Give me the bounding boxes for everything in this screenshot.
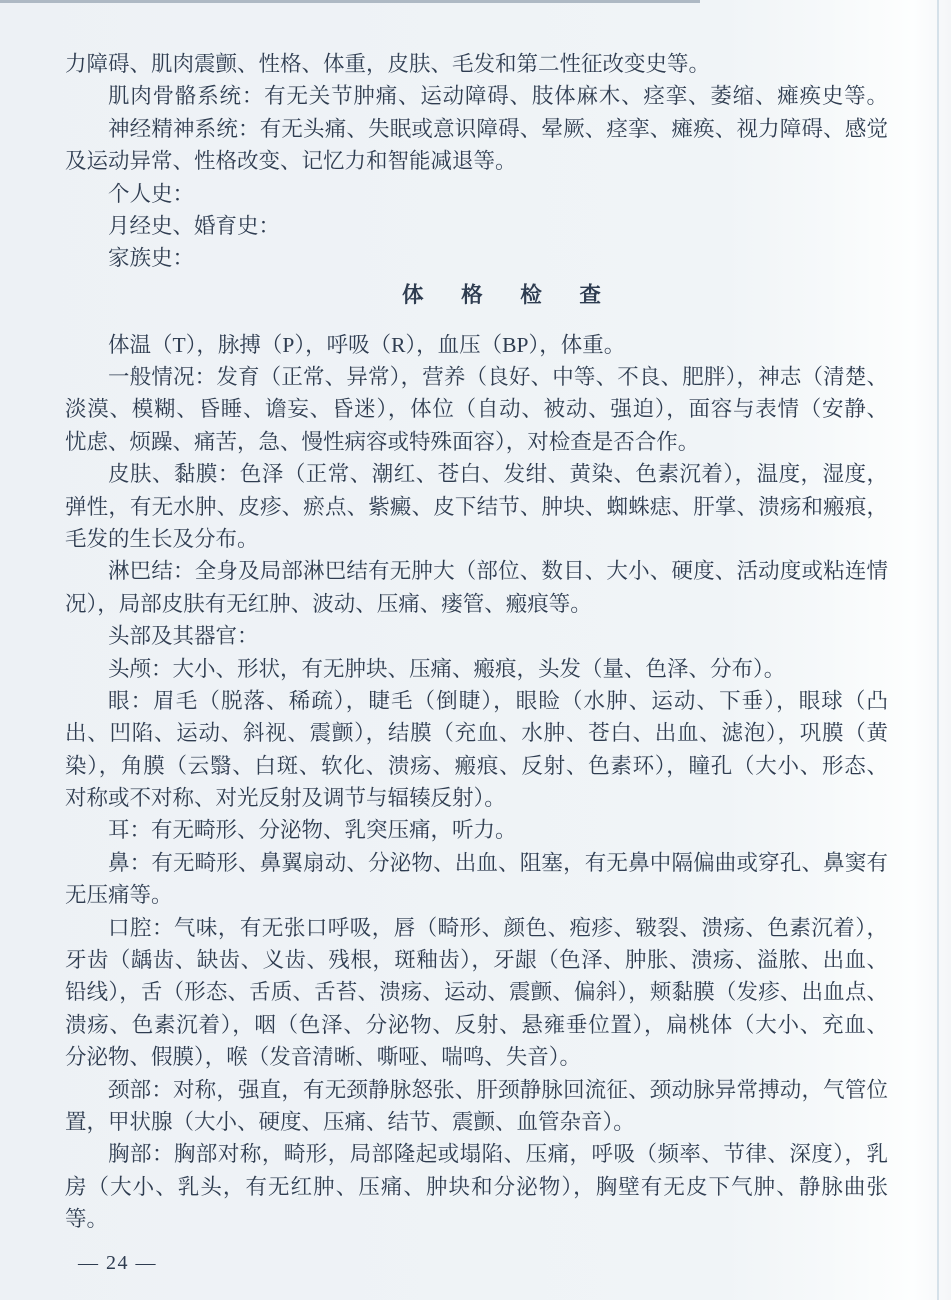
text-line: 况），局部皮肤有无红肿、波动、压痛、瘘管、瘢痕等。	[65, 588, 888, 620]
text-line: 对称或不对称、对光反射及调节与辐辏反射）。	[65, 782, 888, 814]
text-line: 力障碍、肌肉震颤、性格、体重，皮肤、毛发和第二性征改变史等。	[65, 48, 888, 80]
text-line: 分泌物、假膜），喉（发音清晰、嘶哑、喘鸣、失音）。	[65, 1041, 888, 1073]
text-line: 毛发的生长及分布。	[65, 523, 888, 555]
text-line: 淋巴结：全身及局部淋巴结有无肿大（部位、数目、大小、硬度、活动度或粘连情	[65, 555, 888, 587]
text-line: 颈部：对称，强直，有无颈静脉怒张、肝颈静脉回流征、颈动脉异常搏动，气管位	[65, 1074, 888, 1106]
page-top-scan-edge	[0, 0, 700, 3]
text-line: 头颅：大小、形状，有无肿块、压痛、瘢痕，头发（量、色泽、分布）。	[65, 653, 888, 685]
text-line: 弹性，有无水肿、皮疹、瘀点、紫癜、皮下结节、肿块、蜘蛛痣、肝掌、溃疡和瘢痕，	[65, 491, 888, 523]
text-line: 眼：眉毛（脱落、稀疏），睫毛（倒睫），眼睑（水肿、运动、下垂），眼球（凸	[65, 685, 888, 717]
text-line: 一般情况：发育（正常、异常），营养（良好、中等、不良、肥胖），神志（清楚、	[65, 361, 888, 393]
text-line: 头部及其器官：	[65, 620, 888, 652]
text-line: 牙齿（龋齿、缺齿、义齿、残根，斑釉齿），牙龈（色泽、肿胀、溃疡、溢脓、出血、	[65, 944, 888, 976]
text-line: 皮肤、黏膜：色泽（正常、潮红、苍白、发绀、黄染、色素沉着），温度，湿度，	[65, 458, 888, 490]
text-line: 月经史、婚育史：	[65, 210, 888, 242]
text-line: 及运动异常、性格改变、记忆力和智能减退等。	[65, 145, 888, 177]
text-line: 胸部：胸部对称，畸形，局部隆起或塌陷、压痛，呼吸（频率、节律、深度），乳	[65, 1138, 888, 1170]
section-heading: 体格检查	[90, 279, 913, 311]
text-line: 等。	[65, 1203, 888, 1235]
text-line: 神经精神系统：有无头痛、失眠或意识障碍、晕厥、痉挛、瘫痪、视力障碍、感觉	[65, 113, 888, 145]
text-line: 淡漠、模糊、昏睡、谵妄、昏迷），体位（自动、被动、强迫），面容与表情（安静、	[65, 393, 888, 425]
text-line: 铅线），舌（形态、舌质、舌苔、溃疡、运动、震颤、偏斜），颊黏膜（发疹、出血点、	[65, 976, 888, 1008]
text-line: 肌肉骨骼系统：有无关节肿痛、运动障碍、肢体麻木、痉挛、萎缩、瘫痪史等。	[65, 80, 888, 112]
text-line: 无压痛等。	[65, 879, 888, 911]
text-line: 个人史：	[65, 178, 888, 210]
page-number: — 24 —	[78, 1252, 157, 1275]
scanned-document-page: 力障碍、肌肉震颤、性格、体重，皮肤、毛发和第二性征改变史等。肌肉骨骼系统：有无关…	[0, 0, 951, 1300]
document-body: 力障碍、肌肉震颤、性格、体重，皮肤、毛发和第二性征改变史等。肌肉骨骼系统：有无关…	[65, 48, 888, 1236]
history-section: 力障碍、肌肉震颤、性格、体重，皮肤、毛发和第二性征改变史等。肌肉骨骼系统：有无关…	[65, 48, 888, 275]
text-line: 体温（T），脉搏（P），呼吸（R），血压（BP），体重。	[65, 329, 888, 361]
text-line: 置，甲状腺（大小、硬度、压痛、结节、震颤、血管杂音）。	[65, 1106, 888, 1138]
text-line: 家族史：	[65, 242, 888, 274]
page-right-scan-line	[937, 0, 939, 1300]
text-line: 耳：有无畸形、分泌物、乳突压痛，听力。	[65, 814, 888, 846]
text-line: 溃疡、色素沉着），咽（色泽、分泌物、反射、悬雍垂位置），扁桃体（大小、充血、	[65, 1009, 888, 1041]
text-line: 口腔：气味，有无张口呼吸，唇（畸形、颜色、疱疹、皲裂、溃疡、色素沉着），	[65, 912, 888, 944]
text-line: 出、凹陷、运动、斜视、震颤），结膜（充血、水肿、苍白、出血、滤泡），巩膜（黄	[65, 717, 888, 749]
physical-exam-section: 体温（T），脉搏（P），呼吸（R），血压（BP），体重。一般情况：发育（正常、异…	[65, 329, 888, 1236]
text-line: 染），角膜（云翳、白斑、软化、溃疡、瘢痕、反射、色素环），瞳孔（大小、形态、	[65, 750, 888, 782]
text-line: 忧虑、烦躁、痛苦，急、慢性病容或特殊面容），对检查是否合作。	[65, 426, 888, 458]
text-line: 鼻：有无畸形、鼻翼扇动、分泌物、出血、阻塞，有无鼻中隔偏曲或穿孔、鼻窦有	[65, 847, 888, 879]
text-line: 房（大小、乳头，有无红肿、压痛、肿块和分泌物），胸壁有无皮下气肿、静脉曲张	[65, 1171, 888, 1203]
